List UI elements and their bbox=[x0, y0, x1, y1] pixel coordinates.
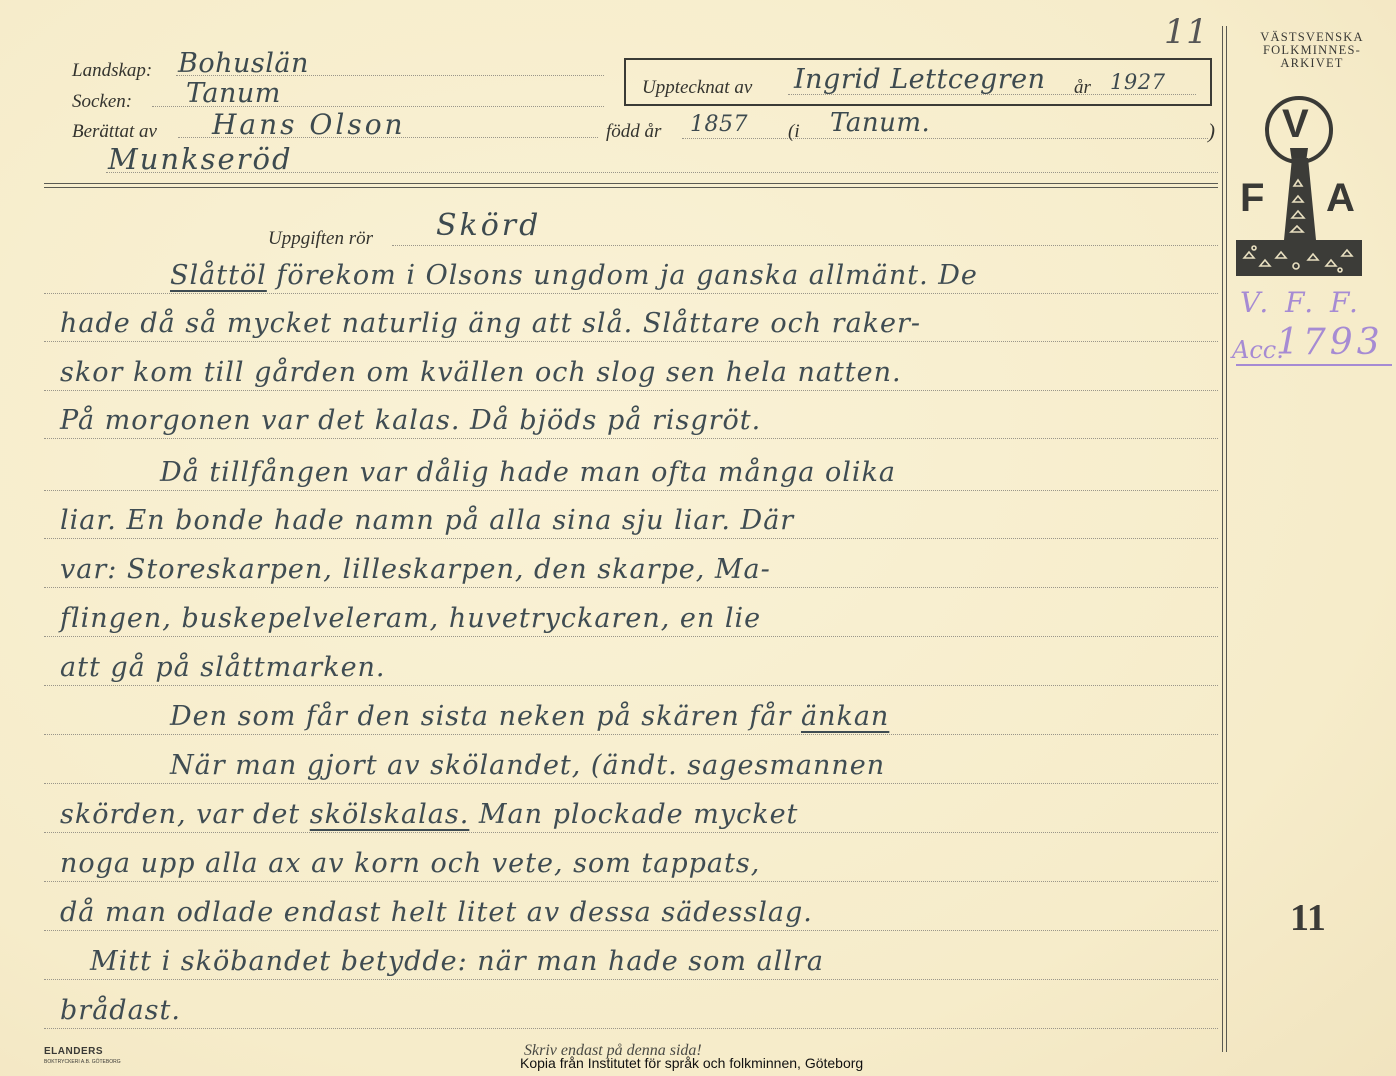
recorded-year-label: år bbox=[1074, 77, 1091, 99]
body-line-6: liar. En bonde hade namn på alla sina sj… bbox=[60, 505, 794, 536]
fodd-paren-open: (i bbox=[788, 121, 800, 143]
fodd-label: född år bbox=[606, 121, 661, 143]
recorder-name: Ingrid Lettcegren bbox=[794, 64, 1046, 95]
body-line-8: flingen, buskepelveleram, huvetryckaren,… bbox=[60, 603, 761, 634]
underlined-term: skölskalas. bbox=[310, 799, 470, 830]
body-line-9: att gå på slåttmarken. bbox=[60, 652, 386, 683]
archive-card: Landskap: Bohuslän Socken: Tanum Berätta… bbox=[0, 0, 1396, 1076]
recorded-box: Upptecknat av Ingrid Lettcegren år 1927 bbox=[624, 58, 1212, 106]
stamp-underline bbox=[1236, 364, 1392, 366]
ruled-line-13 bbox=[44, 881, 1218, 882]
body-line-2: hade då så mycket naturlig äng att slå. … bbox=[60, 308, 921, 339]
ruled-line-4 bbox=[44, 438, 1218, 439]
stamp-vff: V. F. F. bbox=[1240, 286, 1362, 319]
body-line-10: Den som får den sista neken på skären få… bbox=[170, 701, 889, 732]
panel-divider-left bbox=[1222, 26, 1223, 1052]
card-number: 11 bbox=[1290, 896, 1326, 940]
printer-mark-sub: BOKTRYCKERI A.B. GÖTEBORG bbox=[44, 1059, 121, 1065]
copy-notice: Kopia från Institutet för språk och folk… bbox=[520, 1055, 863, 1071]
recorded-label: Upptecknat av bbox=[642, 77, 752, 99]
fodd-year: 1857 bbox=[690, 112, 748, 137]
socken-value: Tanum bbox=[186, 78, 281, 109]
socken-dotted-line bbox=[152, 106, 604, 107]
printer-mark: ELANDERS bbox=[44, 1046, 103, 1057]
body-line-12: skörden, var det skölskalas. Man plockad… bbox=[60, 799, 798, 830]
body-line-15: Mitt i sköbandet betydde: när man hade s… bbox=[90, 946, 824, 977]
ruled-line-7 bbox=[44, 587, 1218, 588]
berattat-dotted-line bbox=[178, 137, 598, 138]
body-line-7: var: Storeskarpen, lilleskarpen, den ska… bbox=[60, 554, 771, 585]
ruled-line-9 bbox=[44, 685, 1218, 686]
body-line-11: När man gjort av skölandet, (ändt. sages… bbox=[170, 750, 885, 781]
header-separator-top bbox=[44, 183, 1218, 184]
header-separator-bottom bbox=[44, 187, 1218, 188]
body-line-16: brådast. bbox=[60, 995, 181, 1026]
panel-divider-right bbox=[1226, 26, 1227, 1052]
body-line-4: På morgonen var det kalas. Då bjöds på r… bbox=[60, 405, 761, 436]
fodd-paren-close: ) bbox=[1208, 119, 1215, 144]
ruled-line-12 bbox=[44, 832, 1218, 833]
recorder-dotted-line bbox=[788, 94, 1196, 95]
ruled-line-1 bbox=[44, 293, 1218, 294]
ruled-line-5 bbox=[44, 490, 1218, 491]
recorded-year: 1927 bbox=[1110, 70, 1165, 94]
socken-label: Socken: bbox=[72, 91, 132, 113]
body-line-13: noga upp alla ax av korn och vete, som t… bbox=[60, 848, 760, 879]
fodd-place: Tanum. bbox=[830, 108, 930, 138]
logo-letter-v: V bbox=[1282, 102, 1309, 147]
archive-title: VÄSTSVENSKA FOLKMINNES- ARKIVET bbox=[1228, 31, 1396, 70]
address-value: Munkseröd bbox=[108, 142, 293, 176]
underlined-term: änkan bbox=[801, 701, 889, 732]
stamp-acc-number: 1793 bbox=[1276, 322, 1384, 363]
ruled-line-2 bbox=[44, 341, 1218, 342]
archive-title-line-3: ARKIVET bbox=[1228, 57, 1396, 70]
underlined-term: Slåttöl bbox=[170, 260, 267, 291]
fodd-dotted-line bbox=[682, 138, 1208, 139]
ruled-line-10 bbox=[44, 734, 1218, 735]
subject-value: Skörd bbox=[436, 208, 541, 243]
body-line-5: Då tillfången var dålig hade man ofta må… bbox=[160, 457, 896, 488]
logo-letter-f: F bbox=[1240, 176, 1264, 221]
body-line-3: skor kom till gården om kvällen och slog… bbox=[60, 357, 902, 388]
archive-logo: V F A bbox=[1230, 90, 1370, 280]
subject-label: Uppgiften rör bbox=[268, 228, 373, 250]
ruled-line-3 bbox=[44, 390, 1218, 391]
subject-dotted-line bbox=[392, 245, 1218, 246]
landskap-label: Landskap: bbox=[72, 60, 152, 82]
ruled-line-15 bbox=[44, 979, 1218, 980]
body-line-1: Slåttöl förekom i Olsons ungdom ja gansk… bbox=[170, 260, 978, 291]
logo-letter-a: A bbox=[1326, 176, 1355, 221]
ruled-line-14 bbox=[44, 930, 1218, 931]
ruled-line-6 bbox=[44, 538, 1218, 539]
berattat-label: Berättat av bbox=[72, 121, 157, 143]
landskap-dotted-line bbox=[176, 75, 604, 76]
ruled-line-11 bbox=[44, 783, 1218, 784]
ruled-line-8 bbox=[44, 636, 1218, 637]
page-mark: 11 bbox=[1164, 12, 1208, 52]
ruled-line-16 bbox=[44, 1028, 1218, 1029]
body-line-14: då man odlade endast helt litet av dessa… bbox=[60, 897, 813, 928]
address-dotted-line bbox=[106, 172, 1218, 173]
